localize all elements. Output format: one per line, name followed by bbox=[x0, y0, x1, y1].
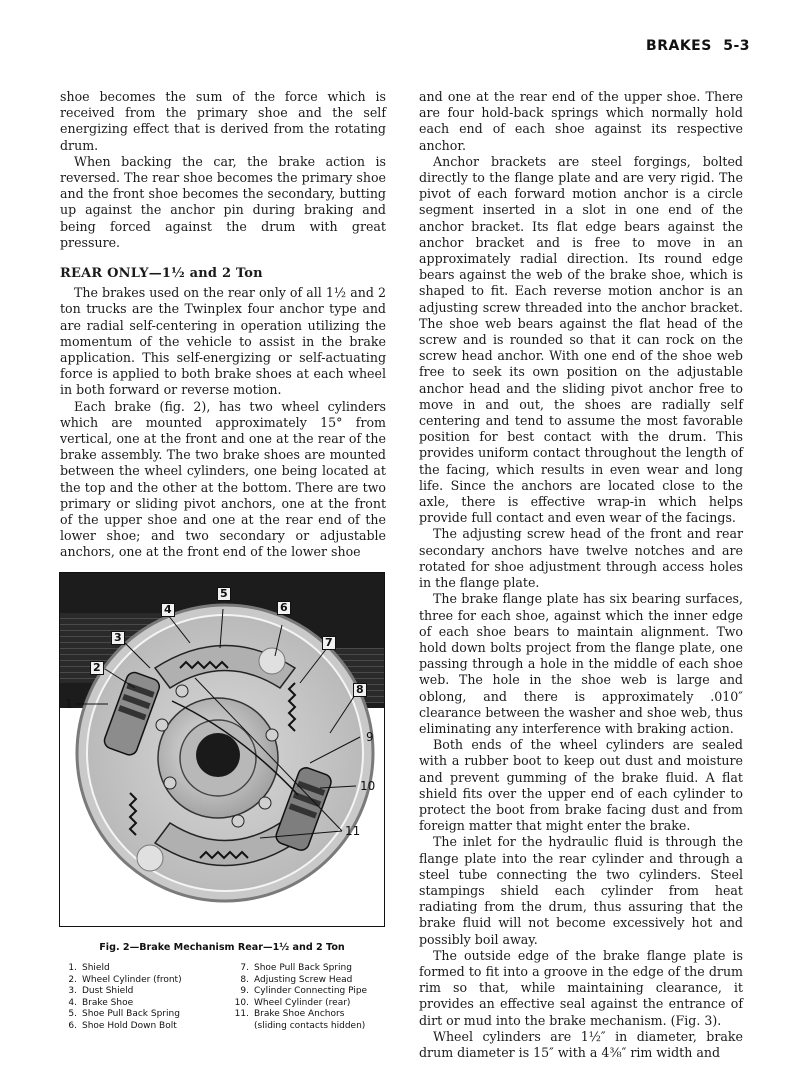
legend-item: 11.Brake Shoe Anchors bbox=[232, 1009, 392, 1021]
callout-5: 5 bbox=[217, 587, 231, 601]
callout-4: 4 bbox=[161, 603, 175, 617]
brake-assembly-illustration bbox=[60, 573, 385, 927]
legend-item: 1.Shield bbox=[60, 963, 230, 975]
legend-item: 10.Wheel Cylinder (rear) bbox=[232, 998, 392, 1010]
callout-8: 8 bbox=[353, 683, 367, 697]
callout-2: 2 bbox=[90, 661, 104, 675]
paragraph: The brake flange plate has six bearing s… bbox=[419, 591, 743, 737]
brake-mechanism-figure: 1 2 3 4 5 6 7 8 9 10 11 bbox=[59, 572, 385, 927]
paragraph: The adjusting screw head of the front an… bbox=[419, 526, 743, 591]
legend-item: 5.Shoe Pull Back Spring bbox=[60, 1009, 230, 1021]
callout-1: 1 bbox=[65, 697, 73, 711]
legend-note: (sliding contacts hidden) bbox=[232, 1021, 392, 1033]
paragraph: shoe becomes the sum of the force which … bbox=[60, 89, 386, 154]
callout-6: 6 bbox=[277, 601, 291, 615]
paragraph: and one at the rear end of the upper sho… bbox=[419, 89, 743, 154]
callout-10: 10 bbox=[360, 779, 375, 793]
left-column: shoe becomes the sum of the force which … bbox=[60, 89, 386, 561]
legend-item: 9.Cylinder Connecting Pipe bbox=[232, 986, 392, 998]
page-number: 5-3 bbox=[723, 38, 750, 54]
callout-7: 7 bbox=[322, 636, 336, 650]
legend-item: 3.Dust Shield bbox=[60, 986, 230, 998]
figure-legend-right: 7.Shoe Pull Back Spring 8.Adjusting Scre… bbox=[232, 963, 392, 1033]
paragraph: When backing the car, the brake action i… bbox=[60, 154, 386, 251]
legend-item: 2.Wheel Cylinder (front) bbox=[60, 975, 230, 987]
figure-legend-left: 1.Shield 2.Wheel Cylinder (front) 3.Dust… bbox=[60, 963, 230, 1033]
paragraph: Each brake (fig. 2), has two wheel cylin… bbox=[60, 399, 386, 561]
legend-item: 7.Shoe Pull Back Spring bbox=[232, 963, 392, 975]
callout-3: 3 bbox=[111, 631, 125, 645]
paragraph: The inlet for the hydraulic fluid is thr… bbox=[419, 834, 743, 947]
section-title: BRAKES bbox=[646, 38, 712, 54]
paragraph: The outside edge of the brake flange pla… bbox=[419, 948, 743, 1029]
hold-down-bolt-lower bbox=[137, 845, 163, 871]
paragraph: Both ends of the wheel cylinders are sea… bbox=[419, 737, 743, 834]
page-header: BRAKES 5-3 bbox=[646, 38, 750, 54]
legend-item: 4.Brake Shoe bbox=[60, 998, 230, 1010]
callout-9: 9 bbox=[366, 730, 374, 744]
legend-item: 6.Shoe Hold Down Bolt bbox=[60, 1021, 230, 1033]
paragraph: Wheel cylinders are 1½″ in diameter, bra… bbox=[419, 1029, 743, 1061]
paragraph: Anchor brackets are steel forgings, bolt… bbox=[419, 154, 743, 527]
right-column: and one at the rear end of the upper sho… bbox=[419, 89, 743, 1061]
figure-caption: Fig. 2—Brake Mechanism Rear—1½ and 2 Ton bbox=[59, 942, 385, 953]
hold-down-bolt-upper bbox=[259, 648, 285, 674]
axle-opening bbox=[196, 733, 240, 777]
legend-item: 8.Adjusting Screw Head bbox=[232, 975, 392, 987]
section-heading: REAR ONLY—1½ and 2 Ton bbox=[60, 266, 386, 282]
callout-11: 11 bbox=[345, 824, 360, 838]
paragraph: The brakes used on the rear only of all … bbox=[60, 285, 386, 398]
